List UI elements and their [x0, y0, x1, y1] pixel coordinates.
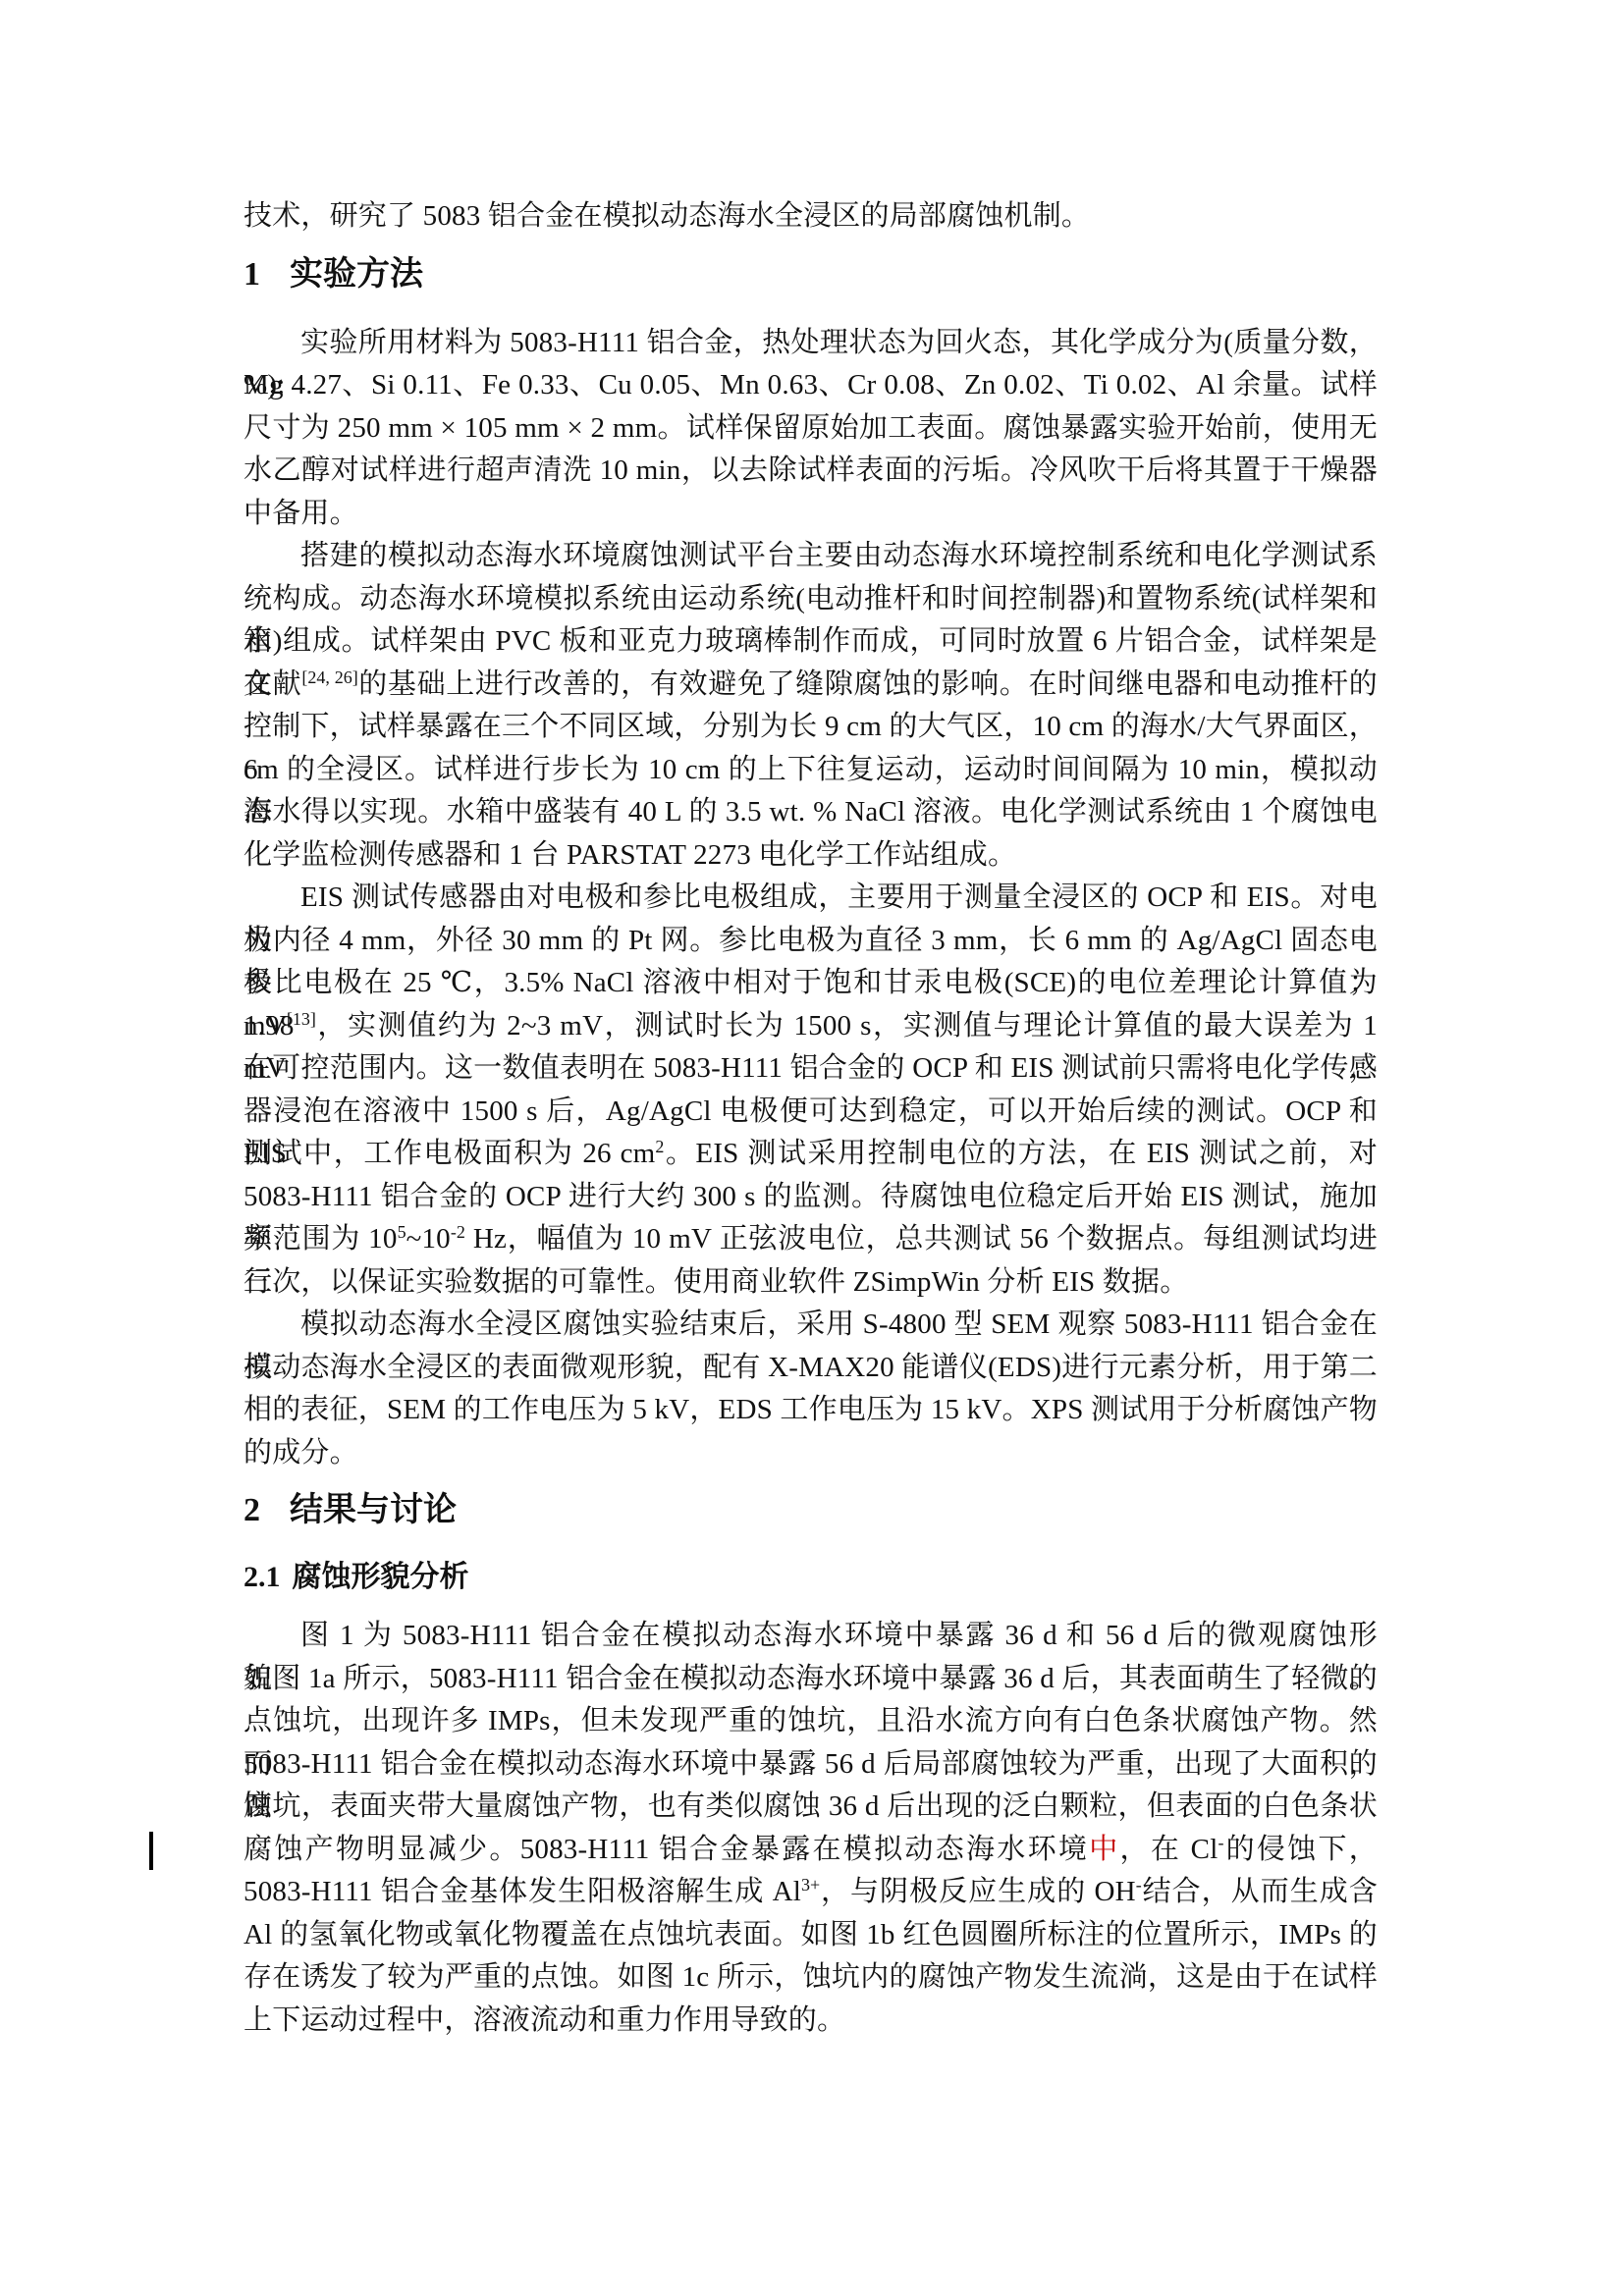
text-run: 在可控范围内。这一数值表明在 5083-H111 铝合金的 OCP 和 EIS … — [244, 1052, 1378, 1084]
text-line: mV[13]，实测值约为 2~3 mV，测试时长为 1500 s，实测值与理论计… — [244, 1005, 1378, 1048]
text-run: 技术，研究了 5083 铝合金在模拟动态海水全浸区的局部腐蚀机制。 — [244, 200, 1090, 232]
revision-change-bar — [149, 1832, 153, 1870]
text-run: 5083-H111 铝合金基体发生阳极溶解生成 Al — [244, 1876, 801, 1907]
text-line: 腐蚀产物明显减少。5083-H111 铝合金暴露在模拟动态海水环境中，在 Cl-… — [244, 1829, 1378, 1872]
text-run: ~10 — [406, 1223, 451, 1255]
text-run: 测试中，工作电极面积为 26 cm — [244, 1138, 655, 1169]
text-line: 在可控范围内。这一数值表明在 5083-H111 铝合金的 OCP 和 EIS … — [244, 1047, 1378, 1091]
text-run: 上下运动过程中，溶液流动和重力作用导致的。 — [244, 2004, 845, 2036]
text-line: 为内径 4 mm，外径 30 mm 的 Pt 网。参比电极为直径 3 mm，长 … — [244, 920, 1378, 963]
text-line: 文献[24, 26]的基础上进行改善的，有效避免了缝隙腐蚀的影响。在时间继电器和… — [244, 664, 1378, 707]
superscript-text: 3+ — [801, 1875, 820, 1895]
text-run: 水乙醇对试样进行超声清洗 10 min，以去除试样表面的污垢。冷风吹干后将其置于… — [244, 454, 1378, 486]
text-run: 腐蚀产物明显减少。5083-H111 铝合金暴露在模拟动态海水环境 — [244, 1834, 1089, 1865]
text-line: 5083-H111 铝合金在模拟动态海水环境中暴露 56 d 后局部腐蚀较为严重… — [244, 1743, 1378, 1787]
text-run: mV — [244, 1010, 287, 1041]
text-line: Mg 4.27、Si 0.11、Fe 0.33、Cu 0.05、Mn 0.63、… — [244, 364, 1378, 407]
text-line: 中备用。 — [244, 493, 1378, 536]
text-line: 搭建的模拟动态海水环境腐蚀测试平台主要由动态海水环境控制系统和电化学测试系 — [244, 535, 1378, 578]
text-run: 中备用。 — [244, 498, 358, 529]
text-line: 技术，研究了 5083 铝合金在模拟动态海水全浸区的局部腐蚀机制。 — [244, 195, 1378, 239]
text-run: 结合，从而生成含 — [1142, 1876, 1378, 1907]
text-run: 三次，以保证实验数据的可靠性。使用商业软件 ZSimpWin 分析 EIS 数据… — [244, 1266, 1188, 1298]
text-line: 海水得以实现。水箱中盛装有 40 L 的 3.5 wt. % NaCl 溶液。电… — [244, 791, 1378, 834]
section-heading-2: 2结果与讨论 — [244, 1488, 1378, 1532]
text-line: 参比电极在 25 ℃，3.5% NaCl 溶液中相对于饱和甘汞电极(SCE)的电… — [244, 962, 1378, 1005]
superscript-text: [13] — [287, 1009, 316, 1029]
heading-number: 1 — [244, 256, 260, 293]
text-run: ，在 Cl — [1120, 1834, 1218, 1865]
text-run: 如图 1a 所示，5083-H111 铝合金在模拟动态海水环境中暴露 36 d … — [244, 1663, 1378, 1694]
text-line: 相的表征，SEM 的工作电压为 5 kV，EDS 工作电压为 15 kV。XPS… — [244, 1389, 1378, 1432]
text-run: 的基础上进行改善的，有效避免了缝隙腐蚀的影响。在时间继电器和电动推杆的 — [358, 668, 1378, 700]
text-line: 控制下，试样暴露在三个不同区域，分别为长 9 cm 的大气区，10 cm 的海水… — [244, 706, 1378, 749]
text-line: 的成分。 — [244, 1432, 1378, 1475]
text-line: Al 的氢氧化物或氧化物覆盖在点蚀坑表面。如图 1b 红色圆圈所标注的位置所示，… — [244, 1914, 1378, 1957]
document-page: 技术，研究了 5083 铝合金在模拟动态海水全浸区的局部腐蚀机制。1实验方法实验… — [0, 0, 1624, 2296]
text-line: 实验所用材料为 5083-H111 铝合金，热处理状态为回火态，其化学成分为(质… — [244, 322, 1378, 365]
text-run: Al 的氢氧化物或氧化物覆盖在点蚀坑表面。如图 1b 红色圆圈所标注的位置所示，… — [244, 1919, 1378, 1950]
superscript-text: [24, 26] — [301, 667, 357, 687]
text-run: 搭建的模拟动态海水环境腐蚀测试平台主要由动态海水环境控制系统和电化学测试系 — [300, 540, 1378, 571]
text-run: Mg 4.27、Si 0.11、Fe 0.33、Cu 0.05、Mn 0.63、… — [244, 369, 1378, 400]
text-run: 化学监检测传感器和 1 台 PARSTAT 2273 电化学工作站组成。 — [244, 839, 1016, 871]
text-line: 点蚀坑，出现许多 IMPs，但未发现严重的蚀坑，且沿水流方向有白色条状腐蚀产物。… — [244, 1700, 1378, 1743]
paragraph: EIS 测试传感器由对电极和参比电极组成，主要用于测量全浸区的 OCP 和 EI… — [244, 877, 1378, 1304]
text-run: 拟动态海水全浸区的表面微观形貌，配有 X-MAX20 能谱仪(EDS)进行元素分… — [244, 1352, 1378, 1383]
text-line: 统构成。动态海水环境模拟系统由运动系统(电动推杆和时间控制器)和置物系统(试样架… — [244, 578, 1378, 621]
paragraph: 模拟动态海水全浸区腐蚀实验结束后，采用 S-4800 型 SEM 观察 5083… — [244, 1304, 1378, 1474]
heading-title: 结果与讨论 — [290, 1491, 457, 1528]
text-line: 水乙醇对试样进行超声清洗 10 min，以去除试样表面的污垢。冷风吹干后将其置于… — [244, 450, 1378, 493]
text-line: 率范围为 105~10-2 Hz，幅值为 10 mV 正弦波电位，总共测试 56… — [244, 1218, 1378, 1261]
text-line: 上下运动过程中，溶液流动和重力作用导致的。 — [244, 2000, 1378, 2043]
text-line: 存在诱发了较为严重的点蚀。如图 1c 所示，蚀坑内的腐蚀产物发生流淌，这是由于在… — [244, 1956, 1378, 2000]
text-line: 图 1 为 5083-H111 铝合金在模拟动态海水环境中暴露 36 d 和 5… — [244, 1615, 1378, 1658]
text-line: 5083-H111 铝合金基体发生阳极溶解生成 Al3+，与阴极反应生成的 OH… — [244, 1871, 1378, 1914]
text-line: 测试中，工作电极面积为 26 cm2。EIS 测试采用控制电位的方法，在 EIS… — [244, 1133, 1378, 1176]
paragraph: 技术，研究了 5083 铝合金在模拟动态海水全浸区的局部腐蚀机制。 — [244, 195, 1378, 239]
text-run: 蚀坑，表面夹带大量腐蚀产物，也有类似腐蚀 36 d 后出现的泛白颗粒，但表面的白… — [244, 1790, 1378, 1822]
text-run: 的侵蚀下， — [1223, 1834, 1378, 1865]
text-line: 如图 1a 所示，5083-H111 铝合金在模拟动态海水环境中暴露 36 d … — [244, 1658, 1378, 1701]
paragraph: 搭建的模拟动态海水环境腐蚀测试平台主要由动态海水环境控制系统和电化学测试系统构成… — [244, 535, 1378, 877]
heading-title: 实验方法 — [290, 255, 423, 293]
text-run: 。EIS 测试采用控制电位的方法，在 EIS 测试之前，对 — [664, 1138, 1378, 1169]
text-line: 5083-H111 铝合金的 OCP 进行大约 300 s 的监测。待腐蚀电位稳… — [244, 1176, 1378, 1219]
text-run: 的成分。 — [244, 1437, 358, 1468]
text-run: 存在诱发了较为严重的点蚀。如图 1c 所示，蚀坑内的腐蚀产物发生流淌，这是由于在… — [244, 1961, 1378, 1993]
text-line: 拟动态海水全浸区的表面微观形貌，配有 X-MAX20 能谱仪(EDS)进行元素分… — [244, 1347, 1378, 1390]
paragraph: 图 1 为 5083-H111 铝合金在模拟动态海水环境中暴露 36 d 和 5… — [244, 1615, 1378, 2042]
text-line: 化学监检测传感器和 1 台 PARSTAT 2273 电化学工作站组成。 — [244, 834, 1378, 878]
heading-number: 2 — [244, 1492, 260, 1528]
text-run: 相的表征，SEM 的工作电压为 5 kV，EDS 工作电压为 15 kV。XPS… — [244, 1394, 1378, 1425]
text-line: 蚀坑，表面夹带大量腐蚀产物，也有类似腐蚀 36 d 后出现的泛白颗粒，但表面的白… — [244, 1786, 1378, 1829]
paragraph: 实验所用材料为 5083-H111 铝合金，热处理状态为回火态，其化学成分为(质… — [244, 322, 1378, 536]
tracked-change-text: 中 — [1089, 1834, 1119, 1865]
text-line: 模拟动态海水全浸区腐蚀实验结束后，采用 S-4800 型 SEM 观察 5083… — [244, 1304, 1378, 1347]
text-line: EIS 测试传感器由对电极和参比电极组成，主要用于测量全浸区的 OCP 和 EI… — [244, 877, 1378, 920]
text-line: 尺寸为 250 mm × 105 mm × 2 mm。试样保留原始加工表面。腐蚀… — [244, 407, 1378, 451]
heading-title: 腐蚀形貌分析 — [293, 1561, 469, 1593]
text-run: ，与阴极反应生成的 OH — [820, 1876, 1136, 1907]
superscript-text: -2 — [451, 1222, 465, 1242]
text-run: 率范围为 10 — [244, 1223, 398, 1255]
text-run: 文献 — [244, 668, 301, 700]
section-heading-2.1: 2.1腐蚀形貌分析 — [244, 1558, 1378, 1597]
text-run: 尺寸为 250 mm × 105 mm × 2 mm。试样保留原始加工表面。腐蚀… — [244, 412, 1378, 444]
text-line: 箱)组成。试样架由 PVC 板和亚克力玻璃棒制作而成，可同时放置 6 片铝合金，… — [244, 620, 1378, 664]
section-heading-1: 1实验方法 — [244, 252, 1378, 296]
text-line: 器浸泡在溶液中 1500 s 后，Ag/AgCl 电极便可达到稳定，可以开始后续… — [244, 1091, 1378, 1134]
text-run: 海水得以实现。水箱中盛装有 40 L 的 3.5 wt. % NaCl 溶液。电… — [244, 796, 1378, 828]
text-line: cm 的全浸区。试样进行步长为 10 cm 的上下往复运动，运动时间间隔为 10… — [244, 749, 1378, 792]
superscript-text: 5 — [398, 1222, 406, 1242]
heading-number: 2.1 — [244, 1561, 281, 1593]
text-line: 三次，以保证实验数据的可靠性。使用商业软件 ZSimpWin 分析 EIS 数据… — [244, 1261, 1378, 1305]
